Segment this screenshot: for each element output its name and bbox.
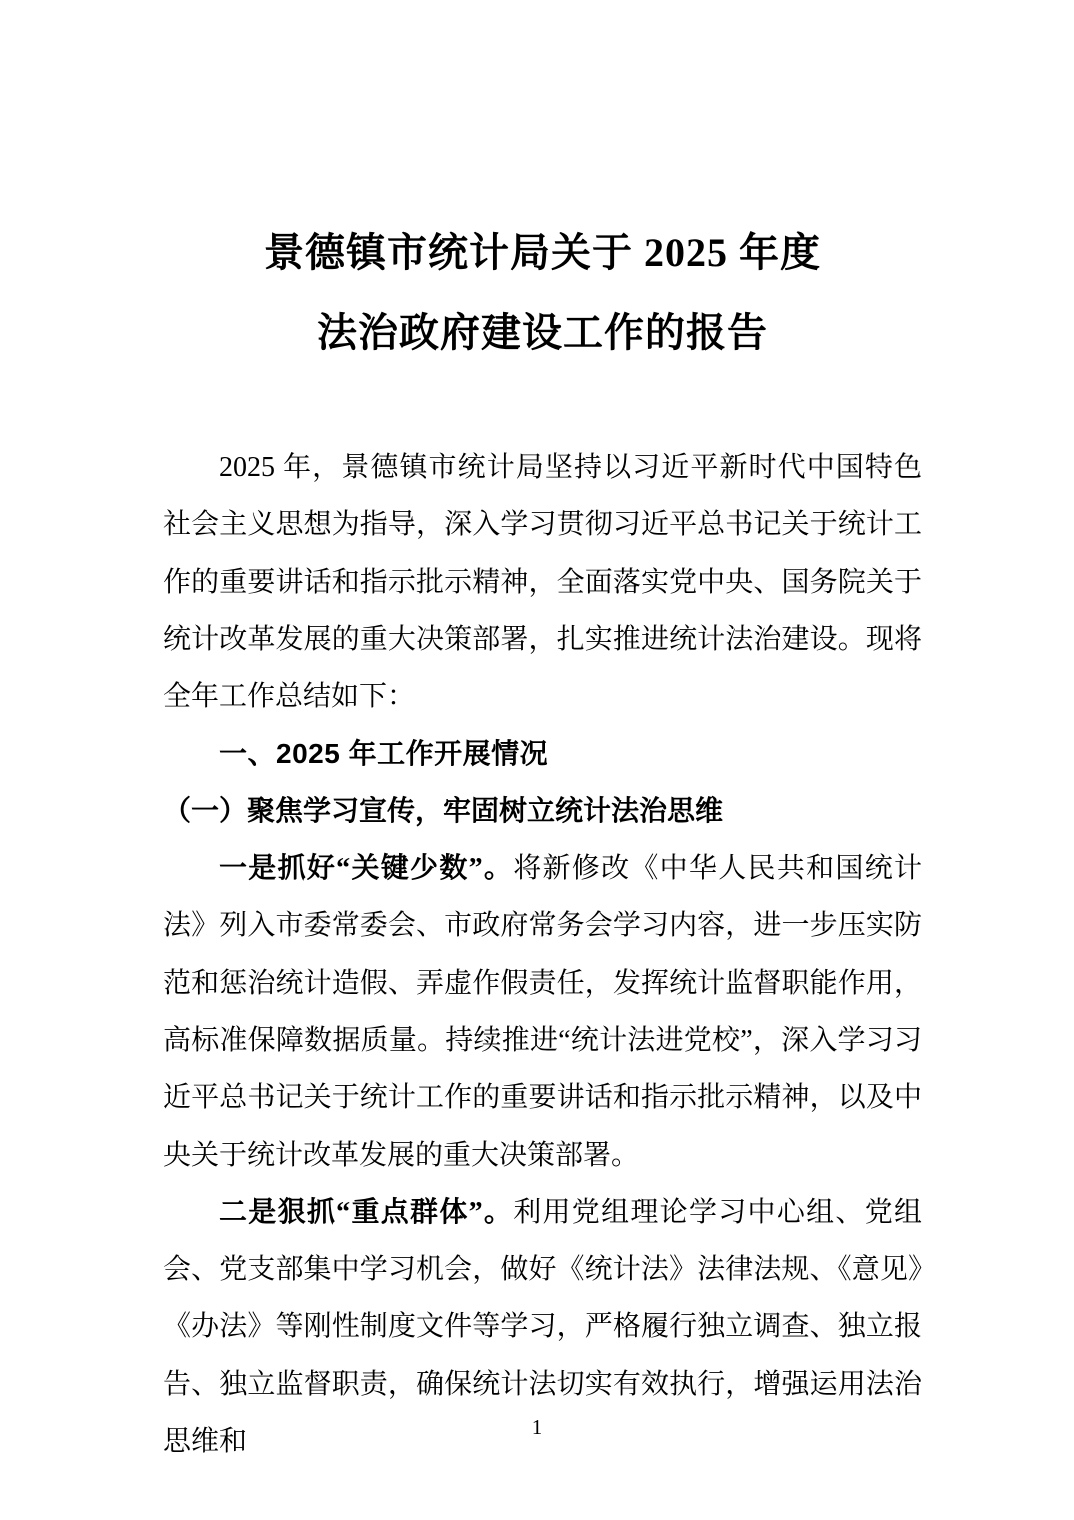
subsection-heading: （一）聚焦学习宣传，牢固树立统计法治思维 — [163, 783, 922, 840]
intro-paragraph: 2025 年，景德镇市统计局坚持以习近平新时代中国特色社会主义思想为指导，深入学… — [163, 439, 922, 725]
document-body: 2025 年，景德镇市统计局坚持以习近平新时代中国特色社会主义思想为指导，深入学… — [163, 439, 922, 1470]
item-1-lead: 一是抓好“关键少数”。 — [219, 853, 513, 884]
item-paragraph-1: 一是抓好“关键少数”。将新修改《中华人民共和国统计法》列入市委常委会、市政府常务… — [163, 840, 922, 1184]
page-number: 1 — [0, 1415, 1074, 1440]
document-title-line-1: 景德镇市统计局关于 2025 年度 — [163, 213, 922, 293]
item-1-text: 将新修改《中华人民共和国统计法》列入市委常委会、市政府常务会学习内容，进一步压实… — [163, 853, 922, 1170]
document-content: 景德镇市统计局关于 2025 年度 法治政府建设工作的报告 2025 年，景德镇… — [0, 0, 1074, 1470]
document-title-line-2: 法治政府建设工作的报告 — [163, 293, 922, 373]
document-page: 景德镇市统计局关于 2025 年度 法治政府建设工作的报告 2025 年，景德镇… — [0, 0, 1074, 1520]
section-heading: 一、2025 年工作开展情况 — [163, 725, 922, 782]
document-title: 景德镇市统计局关于 2025 年度 法治政府建设工作的报告 — [163, 0, 922, 373]
item-2-lead: 二是狠抓“重点群体”。 — [219, 1197, 513, 1228]
